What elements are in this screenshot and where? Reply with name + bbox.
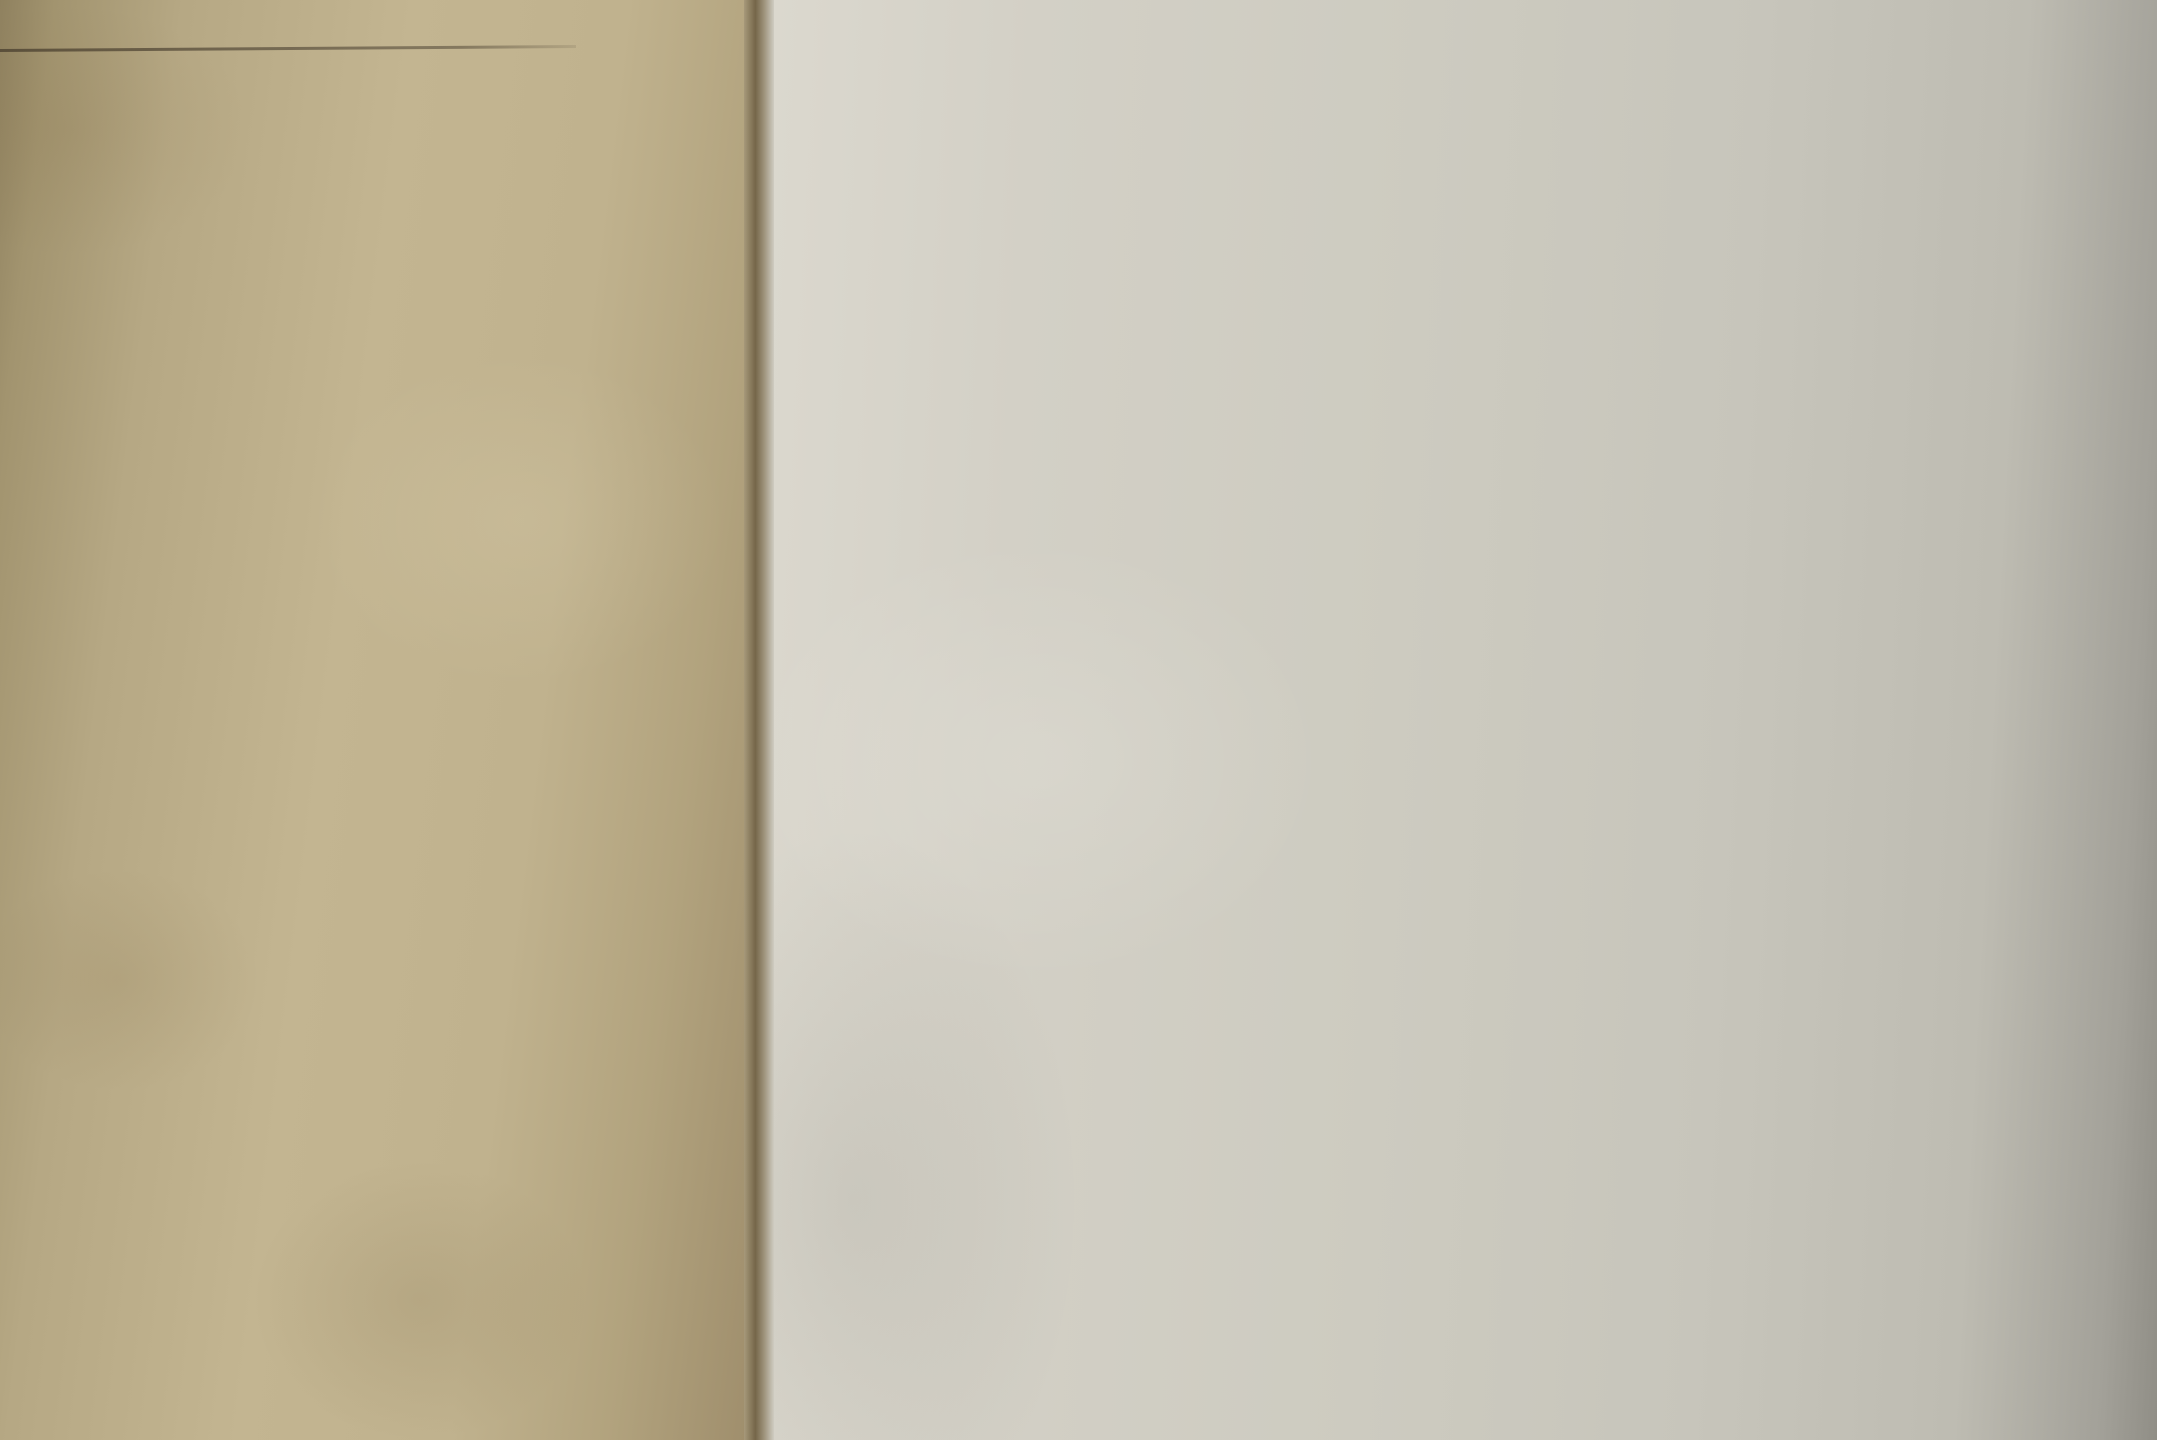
book-photo [0,0,2157,1440]
figures-artwork [0,0,2157,1440]
